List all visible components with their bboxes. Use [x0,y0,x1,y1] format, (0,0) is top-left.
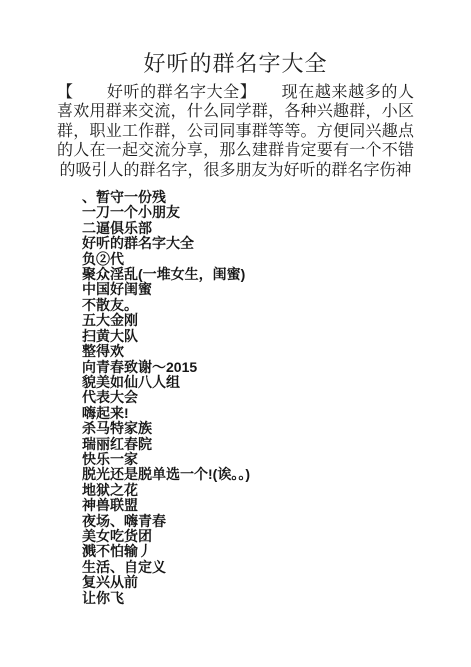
list-item: 瑞丽红春院 [82,437,471,452]
list-item: 代表大会 [82,390,471,405]
list-item: 二逼俱乐部 [82,221,471,236]
list-item: 向青春致谢～2015 [82,360,471,375]
list-item: 貌美如仙八人组 [82,375,471,390]
list-item: 杀马特家族 [82,421,471,436]
document-page: 好听的群名字大全 【 好听的群名字大全】 现在越来越多的人喜欢用群来交流，什么同… [0,0,471,667]
list-item: 一刀一个小朋友 [82,205,471,220]
list-item: 、暂守一份残 [82,190,471,205]
list-item: 扫黄大队 [82,329,471,344]
list-item: 神兽联盟 [82,498,471,513]
list-item: 脱光还是脱单选一个!(诶。。) [82,467,471,482]
list-item: 复兴从前 [82,575,471,590]
list-item: 整得欢 [82,344,471,359]
list-item: 中国好闺蜜 [82,282,471,297]
list-item: 溅不怕输丿 [82,544,471,559]
list-item: 聚众淫乱(一堆女生，闺蜜) [82,267,471,282]
list-item: 生活、自定义 [82,560,471,575]
list-item: 好听的群名字大全 [82,236,471,251]
list-item: 夜场、嗨青春 [82,514,471,529]
list-item: 美女吃货团 [82,529,471,544]
document-title: 好听的群名字大全 [0,0,471,78]
list-item: 快乐一家 [82,452,471,467]
list-item: 地狱之花 [82,483,471,498]
list-item: 负②代 [82,252,471,267]
group-name-list: 、暂守一份残一刀一个小朋友二逼俱乐部好听的群名字大全负②代聚众淫乱(一堆女生，闺… [82,190,471,606]
list-item: 不散友。 [82,298,471,313]
list-item: 嗨起来! [82,406,471,421]
list-item: 让你飞 [82,591,471,606]
intro-paragraph: 【 好听的群名字大全】 现在越来越多的人喜欢用群来交流，什么同学群，各种兴趣群，… [57,83,414,180]
list-item: 五大金刚 [82,313,471,328]
